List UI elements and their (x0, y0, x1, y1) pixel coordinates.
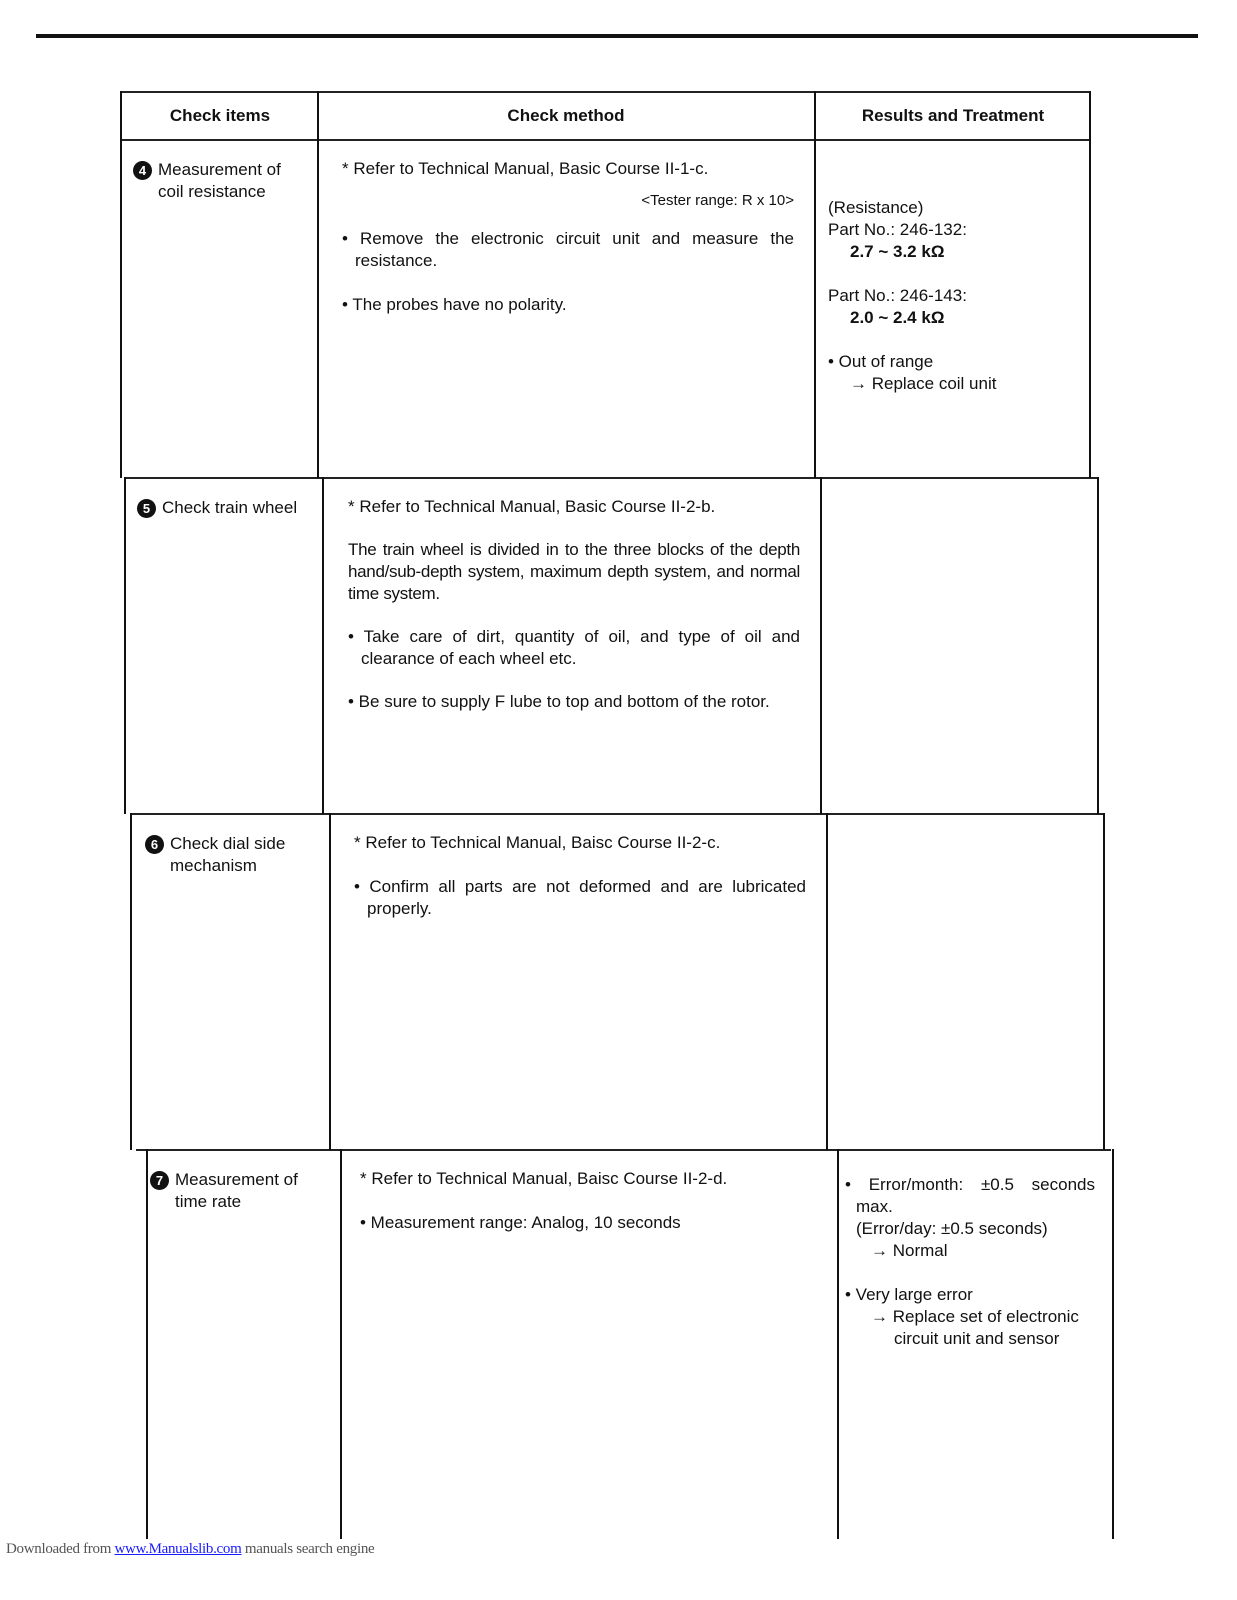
number-badge: 4 (133, 161, 152, 180)
table-right-border (1112, 1149, 1114, 1539)
row-divider (124, 477, 1099, 479)
footer-suffix: manuals search engine (241, 1541, 374, 1557)
check-method-dial-side: * Refer to Technical Manual, Baisc Cours… (354, 832, 806, 920)
number-badge: 5 (137, 499, 156, 518)
number-badge: 7 (150, 1171, 169, 1190)
column-divider (814, 91, 816, 478)
header-results-treatment: Results and Treatment (816, 106, 1090, 126)
reference-text: * Refer to Technical Manual, Basic Cours… (342, 158, 794, 180)
table-left-border (146, 1149, 148, 1539)
manualslib-link[interactable]: www.Manualslib.com (115, 1541, 242, 1557)
header-bottom-border (120, 139, 1091, 141)
check-item-coil-resistance: 4 Measurement of coil resistance (133, 159, 313, 203)
result-detail: (Error/day: ±0.5 seconds) (845, 1218, 1095, 1240)
result-bullet: • Error/month: ±0.5 seconds max. (845, 1174, 1095, 1218)
part-number: Part No.: 246-143: (828, 285, 1078, 307)
reference-text: * Refer to Technical Manual, Basic Cours… (348, 496, 800, 518)
item-label-line: time rate (175, 1191, 298, 1213)
method-bullet: • Confirm all parts are not deformed and… (354, 876, 806, 920)
result-bullet: • Very large error (845, 1284, 1095, 1306)
reference-text: * Refer to Technical Manual, Baisc Cours… (360, 1168, 812, 1190)
result-action: → Replace set of electronic (845, 1306, 1095, 1328)
result-action: circuit unit and sensor (845, 1328, 1095, 1350)
number-badge: 6 (145, 835, 164, 854)
table-right-border (1103, 813, 1105, 1150)
method-bullet: • The probes have no polarity. (342, 294, 794, 316)
column-divider (820, 477, 822, 814)
item-label-line: mechanism (170, 855, 285, 877)
table-left-border (124, 477, 126, 814)
footer-prefix: Downloaded from (6, 1541, 115, 1557)
item-label-line: Measurement of (175, 1169, 298, 1191)
header-check-items: Check items (122, 106, 318, 126)
method-bullet: • Remove the electronic circuit unit and… (342, 228, 794, 272)
result-action: → Replace coil unit (828, 373, 1078, 395)
check-method-time-rate: * Refer to Technical Manual, Baisc Cours… (360, 1168, 812, 1234)
table-right-border (1097, 477, 1099, 814)
item-label-line: Measurement of (158, 159, 281, 181)
item-label-line: Check dial side (170, 833, 285, 855)
check-item-train-wheel: 5 Check train wheel (137, 497, 317, 519)
result-bullet: • Out of range (828, 351, 1078, 373)
column-divider (322, 477, 324, 814)
item-label-line: coil resistance (158, 181, 281, 203)
header-check-method: Check method (318, 106, 814, 126)
table-left-border (120, 91, 122, 478)
check-method-coil-resistance: * Refer to Technical Manual, Basic Cours… (342, 158, 794, 316)
reference-text: * Refer to Technical Manual, Baisc Cours… (354, 832, 806, 854)
check-method-train-wheel: * Refer to Technical Manual, Basic Cours… (348, 496, 800, 713)
part-number: Part No.: 246-132: (828, 219, 1078, 241)
results-time-rate: • Error/month: ±0.5 seconds max. (Error/… (845, 1174, 1095, 1350)
method-paragraph: The train wheel is divided in to the thr… (348, 539, 800, 605)
item-label-line: Check train wheel (162, 497, 297, 519)
results-coil-resistance: (Resistance) Part No.: 246-132: 2.7 ~ 3.… (828, 197, 1078, 395)
column-divider (317, 91, 319, 478)
row-divider (130, 813, 1105, 815)
table-top-border (120, 91, 1091, 93)
table-left-border (130, 813, 132, 1150)
download-footer: Downloaded from www.Manualslib.com manua… (6, 1541, 374, 1558)
table-right-border (1089, 91, 1091, 478)
results-label: (Resistance) (828, 197, 1078, 219)
tester-range: <Tester range: R x 10> (342, 190, 794, 212)
column-divider (826, 813, 828, 1150)
row-divider (136, 1149, 1111, 1151)
result-action: → Normal (845, 1240, 1095, 1262)
top-rule (36, 34, 1198, 38)
column-divider (329, 813, 331, 1150)
method-bullet: • Measurement range: Analog, 10 seconds (360, 1212, 812, 1234)
column-divider (837, 1149, 839, 1539)
check-item-dial-side: 6 Check dial side mechanism (145, 833, 325, 877)
check-item-time-rate: 7 Measurement of time rate (150, 1169, 335, 1213)
resistance-value: 2.0 ~ 2.4 kΩ (828, 307, 1078, 329)
method-bullet: • Take care of dirt, quantity of oil, an… (348, 626, 800, 670)
column-divider (340, 1149, 342, 1539)
method-bullet: • Be sure to supply F lube to top and bo… (348, 691, 800, 713)
resistance-value: 2.7 ~ 3.2 kΩ (828, 241, 1078, 263)
